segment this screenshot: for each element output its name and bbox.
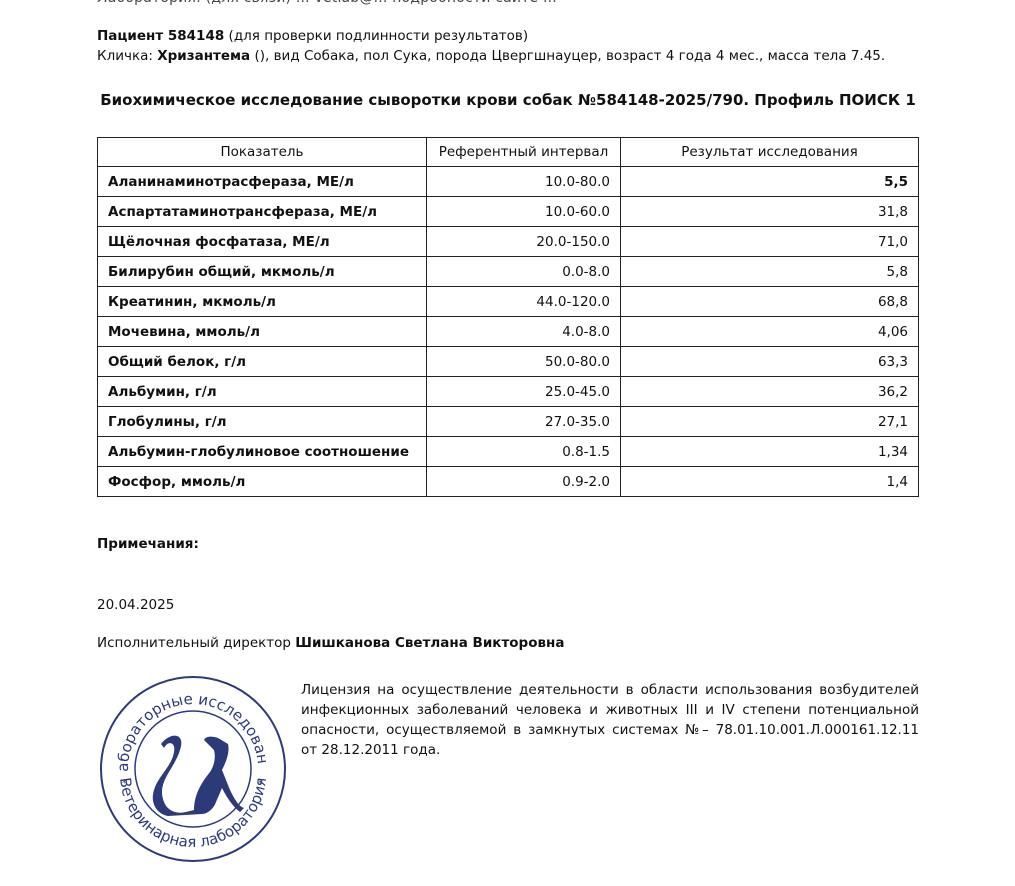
reference-interval: 0.8-1.5 (427, 437, 621, 467)
patient-id-line: Пациент 584148 (для проверки подлинности… (97, 26, 885, 46)
pet-prefix: Кличка: (97, 48, 157, 64)
patient-note: (для проверки подлинности результатов) (229, 28, 529, 44)
result-value: 71,0 (621, 227, 919, 257)
result-value: 5,5 (621, 167, 919, 197)
parameter-name: Альбумин, г/л (98, 377, 427, 407)
patient-label: Пациент 584148 (97, 28, 224, 44)
pet-name: Хризантема (157, 48, 250, 64)
reference-interval: 10.0-60.0 (427, 197, 621, 227)
table-row: Альбумин, г/л25.0-45.036,2 (98, 377, 919, 407)
result-value: 1,4 (621, 467, 919, 497)
stamp-top-text: Лабораторные исследования (98, 674, 272, 772)
results-table: Показатель Референтный интервал Результа… (97, 137, 919, 497)
table-row: Щёлочная фосфатаза, МЕ/л20.0-150.071,0 (98, 227, 919, 257)
column-header-result: Результат исследования (621, 138, 919, 167)
result-value: 5,8 (621, 257, 919, 287)
column-header-reference: Референтный интервал (427, 138, 621, 167)
reference-interval: 4.0-8.0 (427, 317, 621, 347)
reference-interval: 44.0-120.0 (427, 287, 621, 317)
dog-silhouette-icon (153, 736, 244, 816)
parameter-name: Аспартатаминотрансфераза, МЕ/л (98, 197, 427, 227)
table-row: Общий белок, г/л50.0-80.063,3 (98, 347, 919, 377)
parameter-name: Билирубин общий, мкмоль/л (98, 257, 427, 287)
result-value: 31,8 (621, 197, 919, 227)
report-date: 20.04.2025 (97, 597, 174, 613)
reference-interval: 0.0-8.0 (427, 257, 621, 287)
reference-interval: 20.0-150.0 (427, 227, 621, 257)
parameter-name: Фосфор, ммоль/л (98, 467, 427, 497)
svg-text:Лабораторные исследования: Лабораторные исследования (98, 674, 272, 772)
license-text: Лицензия на осуществление деятельности в… (301, 680, 919, 760)
table-row: Билирубин общий, мкмоль/л0.0-8.05,8 (98, 257, 919, 287)
cut-off-header-line: Лаборатория: (для связи) ... vetlab@... … (97, 0, 557, 6)
parameter-name: Общий белок, г/л (98, 347, 427, 377)
result-value: 68,8 (621, 287, 919, 317)
reference-interval: 10.0-80.0 (427, 167, 621, 197)
reference-interval: 27.0-35.0 (427, 407, 621, 437)
parameter-name: Глобулины, г/л (98, 407, 427, 437)
lab-stamp: Лабораторные исследования Ветеринарная л… (98, 674, 288, 864)
parameter-name: Мочевина, ммоль/л (98, 317, 427, 347)
parameter-name: Аланинаминотрасфераза, МЕ/л (98, 167, 427, 197)
reference-interval: 25.0-45.0 (427, 377, 621, 407)
table-header-row: Показатель Референтный интервал Результа… (98, 138, 919, 167)
result-value: 4,06 (621, 317, 919, 347)
result-value: 36,2 (621, 377, 919, 407)
pet-line: Кличка: Хризантема (), вид Собака, пол С… (97, 46, 885, 66)
reference-interval: 0.9-2.0 (427, 467, 621, 497)
director-signature: Исполнительный директор Шишканова Светла… (97, 635, 564, 651)
table-row: Креатинин, мкмоль/л44.0-120.068,8 (98, 287, 919, 317)
stamp-seal-icon: Лабораторные исследования Ветеринарная л… (98, 674, 288, 864)
table-row: Мочевина, ммоль/л4.0-8.04,06 (98, 317, 919, 347)
reference-interval: 50.0-80.0 (427, 347, 621, 377)
svg-text:*: * (258, 779, 263, 789)
parameter-name: Щёлочная фосфатаза, МЕ/л (98, 227, 427, 257)
result-value: 1,34 (621, 437, 919, 467)
table-row: Глобулины, г/л27.0-35.027,1 (98, 407, 919, 437)
notes-label: Примечания: (97, 536, 199, 552)
table-row: Аспартатаминотрансфераза, МЕ/л10.0-60.03… (98, 197, 919, 227)
director-name: Шишканова Светлана Викторовна (295, 635, 564, 651)
result-value: 63,3 (621, 347, 919, 377)
table-row: Фосфор, ммоль/л0.9-2.01,4 (98, 467, 919, 497)
table-row: Аланинаминотрасфераза, МЕ/л10.0-80.05,5 (98, 167, 919, 197)
report-title: Биохимическое исследование сыворотки кро… (97, 90, 919, 110)
parameter-name: Креатинин, мкмоль/л (98, 287, 427, 317)
table-row: Альбумин-глобулиновое соотношение0.8-1.5… (98, 437, 919, 467)
patient-info: Пациент 584148 (для проверки подлинности… (97, 26, 885, 66)
result-value: 27,1 (621, 407, 919, 437)
svg-text:*: * (122, 779, 127, 789)
pet-details: (), вид Собака, пол Сука, порода Цвергшн… (250, 48, 885, 64)
column-header-parameter: Показатель (98, 138, 427, 167)
parameter-name: Альбумин-глобулиновое соотношение (98, 437, 427, 467)
director-title: Исполнительный директор (97, 635, 295, 651)
